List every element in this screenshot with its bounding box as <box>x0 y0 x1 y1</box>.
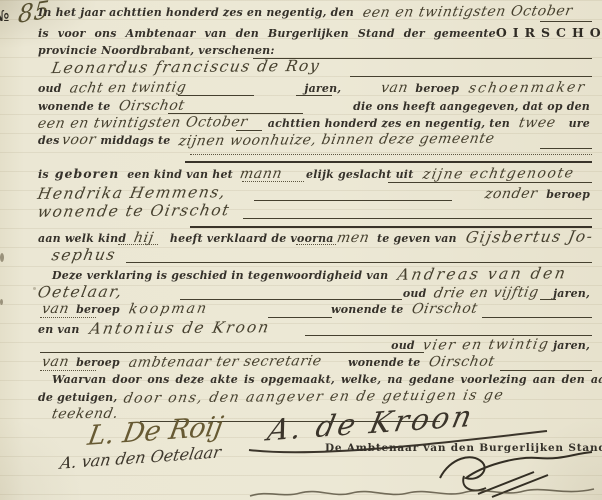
fill-line <box>180 299 402 300</box>
fill-line-dotted <box>40 370 96 371</box>
municipality-name: OIRSCHOT, <box>496 25 602 40</box>
printed-text: oud <box>391 339 415 352</box>
witness2-age-entry: vier en twintig <box>421 336 550 353</box>
mother-name-entry: Hendrika Hemmens, <box>36 183 228 203</box>
printed-text: wonende te <box>348 356 420 369</box>
printed-text: beroep <box>76 356 120 369</box>
van-entry: van <box>380 80 410 96</box>
fill-line <box>350 76 592 77</box>
line-witness2-age: oud vier en twintig jaren, <box>38 337 590 353</box>
printed-text: beroep <box>415 82 459 95</box>
line-official: is voor ons Ambtenaar van den Burgerlijk… <box>38 25 590 40</box>
printed-text: Waarvan door ons deze akte is opgemaakt,… <box>52 373 602 386</box>
birthplace-entry: zijnen woonhuize, binnen deze gemeente <box>178 131 497 150</box>
line-closing-1: Waarvan door ons deze akte is opgemaakt,… <box>38 373 590 386</box>
van-entry: van <box>40 301 70 317</box>
printed-text: jaren, <box>553 339 590 352</box>
section-rule <box>190 226 592 228</box>
act-number-prefix: № <box>0 7 9 25</box>
birth-certificate-scan: № 85 In het jaar achttien honderd zes en… <box>0 0 602 500</box>
fill-line <box>540 299 556 300</box>
line-witness2-occupation: van beroep ambtenaar ter secretarie wone… <box>38 354 590 370</box>
fill-line-dotted <box>190 154 592 155</box>
line-year: In het jaar achttien honderd zes en nege… <box>38 4 590 20</box>
line-declarant-name: Leonardus franciscus de Roy <box>38 58 590 76</box>
witness1-age-entry: drie en vijftig <box>433 285 541 302</box>
line-declarant-age: oud acht en twintig jaren, van beroep sc… <box>38 80 590 96</box>
witness2-occupation-entry: ambtenaar ter secretarie <box>127 353 323 371</box>
fill-line-dotted <box>118 244 158 245</box>
fill-line <box>236 130 262 131</box>
printed-text: is voor ons Ambtenaar van den Burgerlijk… <box>38 27 496 40</box>
residence-entry: Oirschot <box>118 98 187 115</box>
section-rule <box>185 161 592 163</box>
van-entry: van <box>40 354 70 370</box>
line-birthplace: des voor middags te zijnen woonhuize, bi… <box>38 132 590 148</box>
witness2-residence-entry: Oirschot <box>428 354 497 371</box>
paper-speck <box>0 253 4 262</box>
fill-line-dotted <box>296 244 336 245</box>
printed-text: wonende te <box>38 100 110 113</box>
printed-text: te geven van <box>377 232 457 245</box>
witness2-name-entry: Antonius de Kroon <box>88 318 272 338</box>
printed-text: is <box>38 168 49 181</box>
printed-text: en van <box>38 323 80 336</box>
line-geboren: is geboren een kind van het mann elijk g… <box>38 166 590 182</box>
fill-line <box>168 113 303 114</box>
printed-text: de getuigen, <box>38 391 117 404</box>
paper-speck <box>0 299 3 305</box>
printed-text: des <box>38 134 59 147</box>
child-name-entry-2: sephus <box>50 246 117 265</box>
next-entry-fragment <box>248 482 598 500</box>
fill-line <box>178 95 254 96</box>
line-province: provincie Noordbrabant, verschenen: <box>38 44 590 57</box>
line-birthdate: een en twintigsten October achttien hond… <box>38 115 590 131</box>
printed-text: middags te <box>100 134 170 147</box>
gender-entry: mann <box>238 166 283 182</box>
witness1-name-entry-1: Andreas van den <box>397 264 570 283</box>
printed-text: achttien honderd zes en negentig, ten <box>268 117 510 130</box>
printed-text: die ons heeft aangegeven, dat op den <box>353 100 590 113</box>
printed-text: een kind van het <box>127 168 233 181</box>
printed-text: beroep <box>546 188 590 201</box>
fill-line <box>243 218 592 219</box>
fill-line-dotted <box>242 181 304 182</box>
birthdate-entry: een en twintigsten October <box>36 114 249 132</box>
daypart-entry: voor <box>61 132 98 148</box>
fill-line <box>126 262 592 263</box>
witness1-name-entry-2: Oetelaar, <box>36 283 124 302</box>
line-declarant-residence: wonende te Oirschot die ons heeft aangeg… <box>38 98 590 114</box>
witness1-residence-entry: Oirschot <box>411 301 480 318</box>
fill-line <box>253 58 592 59</box>
printed-text: ure <box>569 117 590 130</box>
hour-entry: twee <box>517 115 557 131</box>
fill-line <box>305 335 592 336</box>
printed-text: provincie Noordbrabant, verschenen: <box>38 44 275 57</box>
printed-text: beroep <box>76 303 120 316</box>
fill-line <box>540 21 592 22</box>
fill-line <box>268 317 332 318</box>
printed-text: oud <box>38 82 62 95</box>
geboren-word: geboren <box>55 166 119 181</box>
mother-occupation-entry: zonder <box>483 186 538 202</box>
fill-line <box>296 95 332 96</box>
witness1-occupation-entry: koopman <box>127 301 209 318</box>
printed-text: In het jaar achttien honderd zes en nege… <box>38 6 354 19</box>
mother-residence-entry: wonende te Oirschot <box>36 201 232 221</box>
line-closing-2: de getuigen, door ons, den aangever en d… <box>38 389 590 405</box>
declarant-name-entry: Leonardus franciscus de Roy <box>50 57 322 77</box>
date-entry: een en twintigsten October <box>361 3 574 21</box>
fill-line <box>254 200 452 201</box>
line-witness1-occupation: van beroep koopman wonende te Oirschot <box>38 301 590 317</box>
fill-line <box>500 370 592 371</box>
fill-line <box>388 182 592 183</box>
men-entry: men <box>335 230 370 246</box>
fill-line <box>40 352 424 353</box>
printed-text: aan welk kind <box>38 232 126 245</box>
mother-relation-entry: zijne echtgenoote <box>422 165 576 182</box>
fill-line <box>482 317 592 318</box>
printed-text: jaren, <box>553 287 590 300</box>
age-entry: acht en twintig <box>68 79 187 96</box>
occupation-entry: schoenmaker <box>468 79 588 96</box>
printed-text: wonende te <box>331 303 403 316</box>
fill-line <box>540 148 592 149</box>
printed-text: oud <box>403 287 427 300</box>
line-witness-intro: Deze verklaring is geschied in tegenwoor… <box>38 265 590 283</box>
printed-text: jaren, <box>304 82 341 95</box>
child-name-entry-1: Gijsbertus Jo- <box>464 227 595 246</box>
fill-line-dotted <box>40 317 96 318</box>
printed-text: Deze verklaring is geschied in tegenwoor… <box>52 269 388 282</box>
paper-speck <box>33 287 36 290</box>
printed-text: elijk geslacht uit <box>306 168 413 181</box>
